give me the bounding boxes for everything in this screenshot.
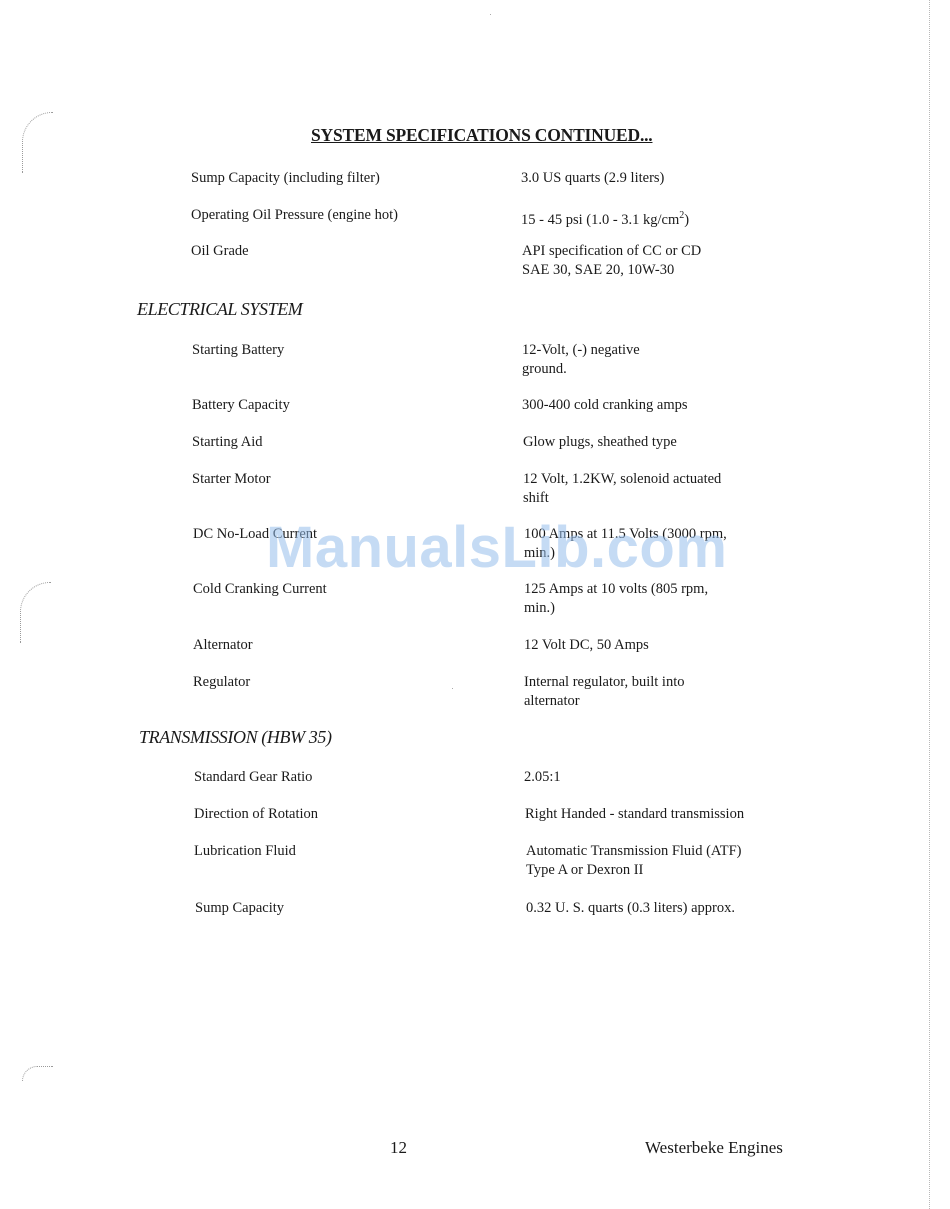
spec-value: 125 Amps at 10 volts (805 rpm, min.) xyxy=(524,580,784,618)
spec-value: 12-Volt, (-) negative ground. xyxy=(522,341,782,379)
spec-value: 100 Amps at 11.5 Volts (3000 rpm, min.) xyxy=(524,525,784,563)
spec-value: 12 Volt, 1.2KW, solenoid actuated shift xyxy=(523,470,783,508)
spec-value: 3.0 US quarts (2.9 liters) xyxy=(521,169,781,188)
section-heading-electrical: ELECTRICAL SYSTEM xyxy=(137,299,302,320)
spec-label: Oil Grade xyxy=(191,242,249,261)
scan-edge-line xyxy=(929,0,931,1209)
spec-value: Automatic Transmission Fluid (ATF) Type … xyxy=(526,842,806,880)
spec-label: Sump Capacity xyxy=(195,899,284,918)
punch-hole-mark xyxy=(22,1066,53,1081)
spec-label: DC No-Load Current xyxy=(193,525,317,544)
spec-value: 0.32 U. S. quarts (0.3 liters) approx. xyxy=(526,899,806,918)
spec-label: Cold Cranking Current xyxy=(193,580,327,599)
spec-value: 2.05:1 xyxy=(524,768,784,787)
section-heading-transmission: TRANSMISSION (HBW 35) xyxy=(139,727,332,748)
spec-label: Alternator xyxy=(193,636,253,655)
spec-value: Glow plugs, sheathed type xyxy=(523,433,783,452)
spec-label: Sump Capacity (including filter) xyxy=(191,169,380,188)
spec-label: Lubrication Fluid xyxy=(194,842,296,861)
spec-value: 300-400 cold cranking amps xyxy=(522,396,782,415)
punch-hole-mark xyxy=(20,582,51,643)
spec-value: 12 Volt DC, 50 Amps xyxy=(524,636,784,655)
spec-value: Internal regulator, built into alternato… xyxy=(524,673,784,711)
spec-value: API specification of CC or CD SAE 30, SA… xyxy=(522,242,782,280)
spec-label: Regulator xyxy=(193,673,250,692)
scan-speck xyxy=(490,14,491,15)
spec-label: Standard Gear Ratio xyxy=(194,768,312,787)
scan-speck xyxy=(452,688,453,689)
spec-value: 15 - 45 psi (1.0 - 3.1 kg/cm2) xyxy=(521,206,781,230)
page-number: 12 xyxy=(390,1138,407,1158)
spec-label: Battery Capacity xyxy=(192,396,290,415)
spec-label: Starting Aid xyxy=(192,433,263,452)
spec-label: Direction of Rotation xyxy=(194,805,318,824)
spec-label: Operating Oil Pressure (engine hot) xyxy=(191,206,398,225)
manual-page: SYSTEM SPECIFICATIONS CONTINUED... Sump … xyxy=(0,0,950,1209)
punch-hole-mark xyxy=(22,112,53,173)
spec-label: Starter Motor xyxy=(192,470,271,489)
footer-brand: Westerbeke Engines xyxy=(645,1138,783,1158)
spec-label: Starting Battery xyxy=(192,341,284,360)
page-title: SYSTEM SPECIFICATIONS CONTINUED... xyxy=(311,125,652,146)
spec-value: Right Handed - standard transmission xyxy=(525,805,805,824)
